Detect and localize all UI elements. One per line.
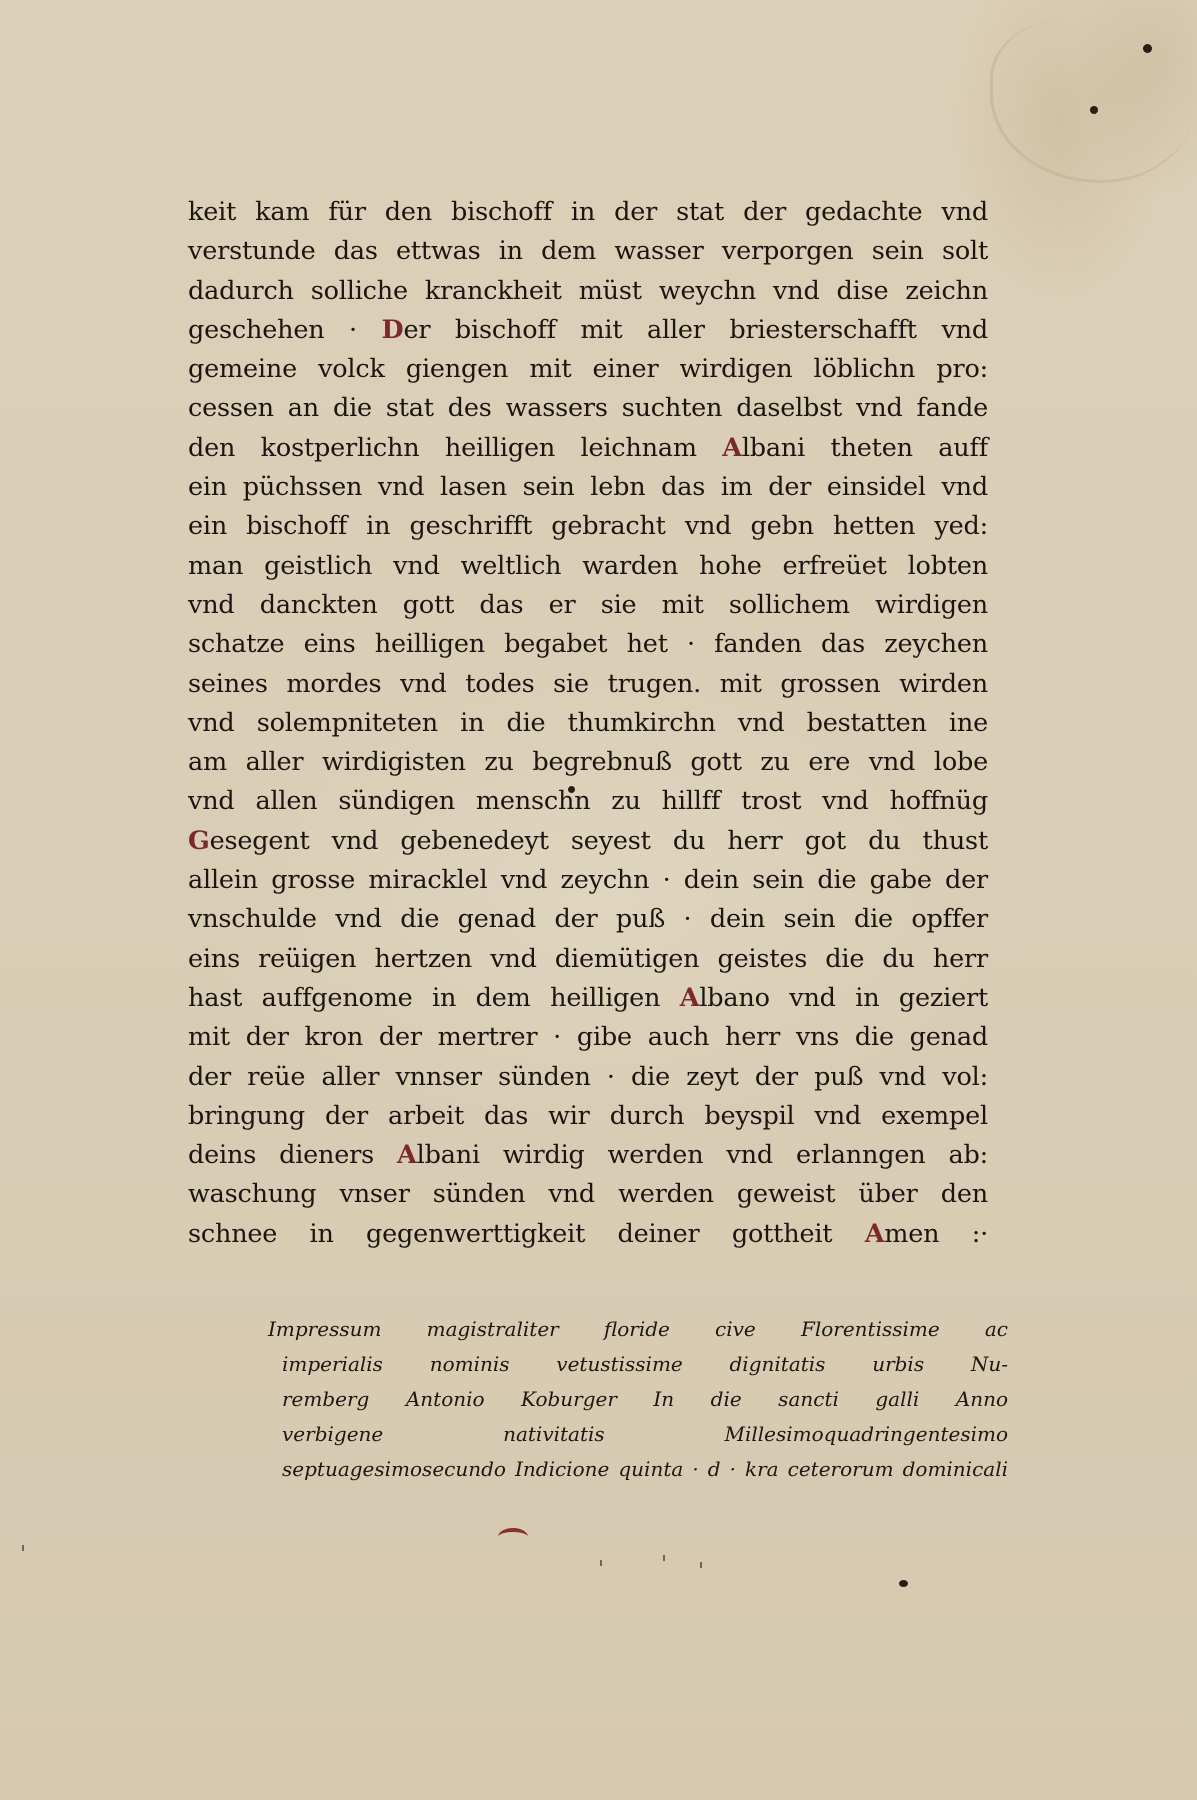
text-line: gemeine volck giengen mit einer wirdigen…	[188, 350, 988, 389]
speck	[663, 1555, 665, 1561]
text-line: deins dieners Albani wirdig werden vnd e…	[188, 1136, 988, 1175]
text-line: waschung vnser sünden vnd werden geweist…	[188, 1175, 988, 1214]
manuscript-page: keit kam für den bischoff in der stat de…	[0, 0, 1197, 1800]
water-stain	[990, 20, 1193, 183]
rubricated-initial: A	[865, 1219, 885, 1249]
text-line: vnd allen sündigen menschn zu hillff tro…	[188, 782, 988, 821]
rubricated-initial: A	[722, 433, 742, 463]
main-text-block: keit kam für den bischoff in der stat de…	[188, 193, 988, 1254]
rubricated-initial: D	[382, 315, 404, 345]
colophon-line: imperialis nominis vetustissime dignitat…	[268, 1347, 1008, 1382]
text-line: schnee in gegenwerttigkeit deiner gotthe…	[188, 1215, 988, 1254]
ink-spot	[1143, 44, 1152, 53]
text-line: ein püchssen vnd lasen sein lebn das im …	[188, 468, 988, 507]
text-line: dadurch solliche kranckheit müst weychn …	[188, 272, 988, 311]
red-ink-mark	[498, 1528, 528, 1546]
text-line: allein grosse miracklel vnd zeychn · dei…	[188, 861, 988, 900]
text-line: seines mordes vnd todes sie trugen. mit …	[188, 665, 988, 704]
ink-spot	[1090, 106, 1098, 114]
colophon-line: septuagesimosecundo Indicione quinta · d…	[268, 1452, 1008, 1487]
text-line: ein bischoff in geschrifft gebracht vnd …	[188, 507, 988, 546]
text-line: verstunde das ettwas in dem wasser verpo…	[188, 232, 988, 271]
colophon-line: remberg Antonio Koburger In die sancti g…	[268, 1382, 1008, 1417]
speck	[22, 1545, 24, 1551]
text-line: bringung der arbeit das wir durch beyspi…	[188, 1097, 988, 1136]
rubricated-initial: A	[397, 1140, 417, 1170]
rubricated-initial: G	[188, 826, 210, 856]
handwritten-colophon: Impressum magistraliter floride cive Flo…	[268, 1312, 1008, 1487]
speck	[600, 1560, 602, 1566]
text-line: geschehen · Der bischoff mit aller bries…	[188, 311, 988, 350]
ink-spot	[899, 1580, 908, 1587]
text-line: der reüe aller vnnser sünden · die zeyt …	[188, 1058, 988, 1097]
rubricated-initial: A	[680, 983, 700, 1013]
text-line: keit kam für den bischoff in der stat de…	[188, 193, 988, 232]
text-line: vnd solempniteten in die thumkirchn vnd …	[188, 704, 988, 743]
text-line: am aller wirdigisten zu begrebnuß gott z…	[188, 743, 988, 782]
colophon-line: verbigene nativitatis Millesimoquadringe…	[268, 1417, 1008, 1452]
text-line: mit der kron der mertrer · gibe auch her…	[188, 1018, 988, 1057]
text-line: eins reüigen hertzen vnd diemütigen geis…	[188, 940, 988, 979]
text-line: den kostperlichn heilligen leichnam Alba…	[188, 429, 988, 468]
text-line: vnd danckten gott das er sie mit sollich…	[188, 586, 988, 625]
text-line: schatze eins heilligen begabet het · fan…	[188, 625, 988, 664]
text-line: hast auffgenome in dem heilligen Albano …	[188, 979, 988, 1018]
text-line: Gesegent vnd gebenedeyt seyest du herr g…	[188, 822, 988, 861]
text-line: cessen an die stat des wassers suchten d…	[188, 389, 988, 428]
text-line: vnschulde vnd die genad der puß · dein s…	[188, 900, 988, 939]
speck	[700, 1562, 702, 1568]
colophon-line: Impressum magistraliter floride cive Flo…	[268, 1312, 1008, 1347]
text-line: man geistlich vnd weltlich warden hohe e…	[188, 547, 988, 586]
